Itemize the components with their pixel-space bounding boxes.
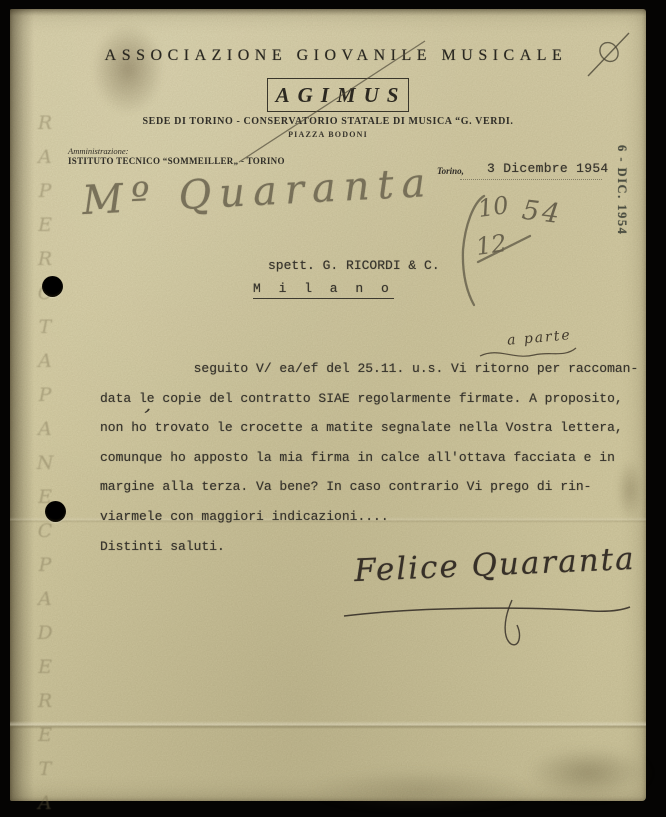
fraction-denominator: 12 xyxy=(474,229,508,261)
agimus-box: AGIMUS xyxy=(267,78,409,112)
margin-watermark-scribble: RAPERCTAPANECPADERETARNIK xyxy=(34,112,56,802)
crease-line-bottom xyxy=(10,721,646,729)
letter-body: seguito V/ ea/ef del 25.11. u.s. Vi rito… xyxy=(100,354,645,561)
seat-address-line: SEDE DI TORINO - CONSERVATORIO STATALE D… xyxy=(10,116,646,127)
agimus-acronym: AGIMUS xyxy=(270,83,407,108)
body-line: seguito V/ ea/ef del 25.11. u.s. Vi rito… xyxy=(100,354,645,384)
body-line: comunque ho apposto la mia firma in calc… xyxy=(100,443,645,473)
typed-date: 3 Dicembre 1954 xyxy=(487,161,609,176)
fraction-numerator: 10 xyxy=(476,191,510,223)
scanned-letter: RAPERCTAPANECPADERETARNIK ASSOCIAZIONE G… xyxy=(0,0,666,817)
body-line: data le copie del contratto SIAE regolar… xyxy=(100,384,645,414)
letter-paper: RAPERCTAPANECPADERETARNIK ASSOCIAZIONE G… xyxy=(10,9,646,801)
body-line: non ho trovato le crocette a matite segn… xyxy=(100,413,645,443)
stain-bottom-center xyxy=(310,769,530,809)
date-received-stamp: 6 - DIC. 1954 xyxy=(614,145,629,255)
stain-top-left xyxy=(92,23,164,115)
year-note: 54 xyxy=(520,195,564,231)
paper-left-edge-shadow xyxy=(10,9,34,801)
square-address-line: PIAZZA BODONI xyxy=(10,130,646,139)
organization-name: ASSOCIAZIONE GIOVANILE MUSICALE xyxy=(18,47,654,65)
insertion-note: a parte xyxy=(506,327,572,349)
stain-bottom-right xyxy=(526,747,651,799)
body-line: viarmele con maggiori indicazioni.... xyxy=(100,502,645,532)
administration-address: ISTITUTO TECNICO “SOMMEILLER„ - TORINO xyxy=(68,156,285,166)
paper-top-edge-shadow xyxy=(10,9,646,16)
signature-underline-flourish xyxy=(340,594,635,652)
punch-hole-bottom xyxy=(45,501,66,522)
punch-hole-top xyxy=(42,276,63,297)
body-line: margine alla terza. Va bene? In caso con… xyxy=(100,472,645,502)
recipient-city: M i l a n o xyxy=(253,281,394,299)
recipient-name: spett. G. RICORDI & C. xyxy=(268,258,440,273)
addressee-note-handwriting: Mº Quaranta xyxy=(81,160,434,224)
administration-label: Amministrazione: xyxy=(68,146,128,156)
